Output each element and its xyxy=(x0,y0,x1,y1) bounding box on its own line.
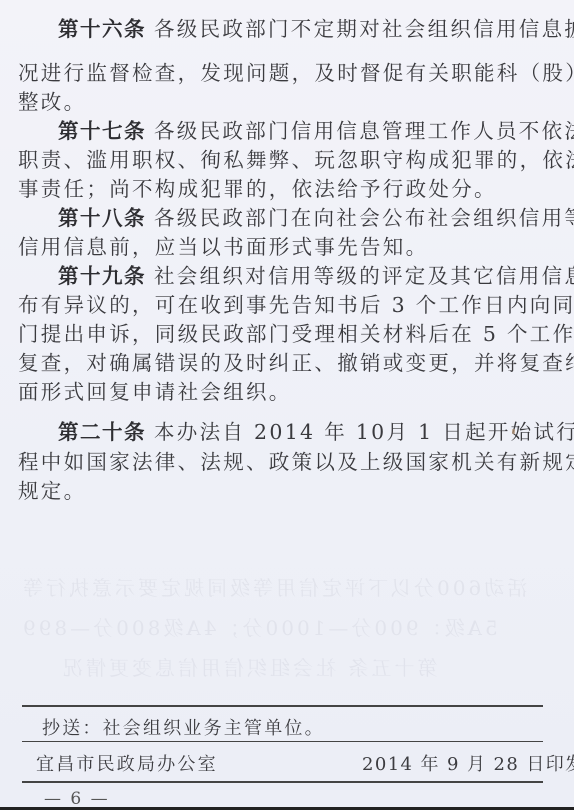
footer-rule-top xyxy=(22,705,543,707)
cc-line: 抄送：社会组织业务主管单位。 xyxy=(42,714,325,740)
article-number: 第二十条 xyxy=(58,420,146,444)
article-17-line-3: 事责任；尚不构成犯罪的，依法给予行政处分。 xyxy=(18,177,538,201)
article-18-line-1: 第十八条各级民政部门在向社会公布社会组织信用等级等 xyxy=(58,206,574,230)
article-17-line-1: 第十七条各级民政部门信用信息管理工作人员不依法履行 xyxy=(58,119,574,143)
article-17-line-2: 职责、滥用职权、徇私舞弊、玩忽职守构成犯罪的，依法追究刑 xyxy=(18,148,538,172)
scan-speck xyxy=(512,429,515,434)
article-18-line-2: 信用信息前，应当以书面形式事先告知。 xyxy=(18,235,538,259)
page-number: — 6 — xyxy=(44,789,110,809)
footer-rule-middle xyxy=(22,741,543,742)
article-16-line-3: 整改。 xyxy=(18,90,538,114)
document-page: 活动600分以下评定信用等级同规定要示意执行等 5A级：900分—1000分；4… xyxy=(0,0,574,808)
bleed-through-text: 第十五条 社会组织信用信息变更情况 xyxy=(60,652,437,681)
cc-label: 抄送： xyxy=(42,718,103,739)
footer-rule-bottom xyxy=(22,781,543,783)
article-19-line-3: 门提出申诉，同级民政部门受理相关材料后在 5 个工作日内进行 xyxy=(18,322,538,346)
article-number: 第十八条 xyxy=(58,206,146,230)
bleed-through-text: 活动600分以下评定信用等级同规定要示意执行等 xyxy=(20,572,527,601)
cc-value: 社会组织业务主管单位。 xyxy=(103,718,325,739)
article-number: 第十七条 xyxy=(58,119,146,143)
bleed-through-text: 5A级：900分—1000分；4A级800分—899 xyxy=(20,612,498,641)
article-number: 第十九条 xyxy=(58,264,146,288)
article-20-line-2: 程中如国家法律、法规、政策以及上级国家机关有新规定的从其 xyxy=(18,450,538,474)
article-20-line-3: 规定。 xyxy=(18,479,538,503)
issue-date: 2014 年 9 月 28 日印发 xyxy=(362,750,574,776)
article-19-line-2: 布有异议的，可在收到事先告知书后 3 个工作日内向同级民政部 xyxy=(18,293,538,317)
article-16-line-2: 况进行监督检查，发现问题，及时督促有关职能科（股）室进行 xyxy=(18,61,538,85)
article-19-line-1: 第十九条社会组织对信用等级的评定及其它信用信息的公 xyxy=(58,264,574,288)
article-20-line-1: 第二十条本办法自 2014 年 10月 1 日起开始试行。试行过 xyxy=(58,420,574,444)
article-19-line-5: 面形式回复申请社会组织。 xyxy=(18,380,538,404)
issuer: 宜昌市民政局办公室 xyxy=(36,750,218,776)
article-19-line-4: 复查，对确属错误的及时纠正、撤销或变更，并将复查结论以书 xyxy=(18,351,538,375)
article-number: 第十六条 xyxy=(58,17,146,41)
article-16-line-1: 第十六条各级民政部门不定期对社会组织信用信息披露情 xyxy=(58,17,574,41)
